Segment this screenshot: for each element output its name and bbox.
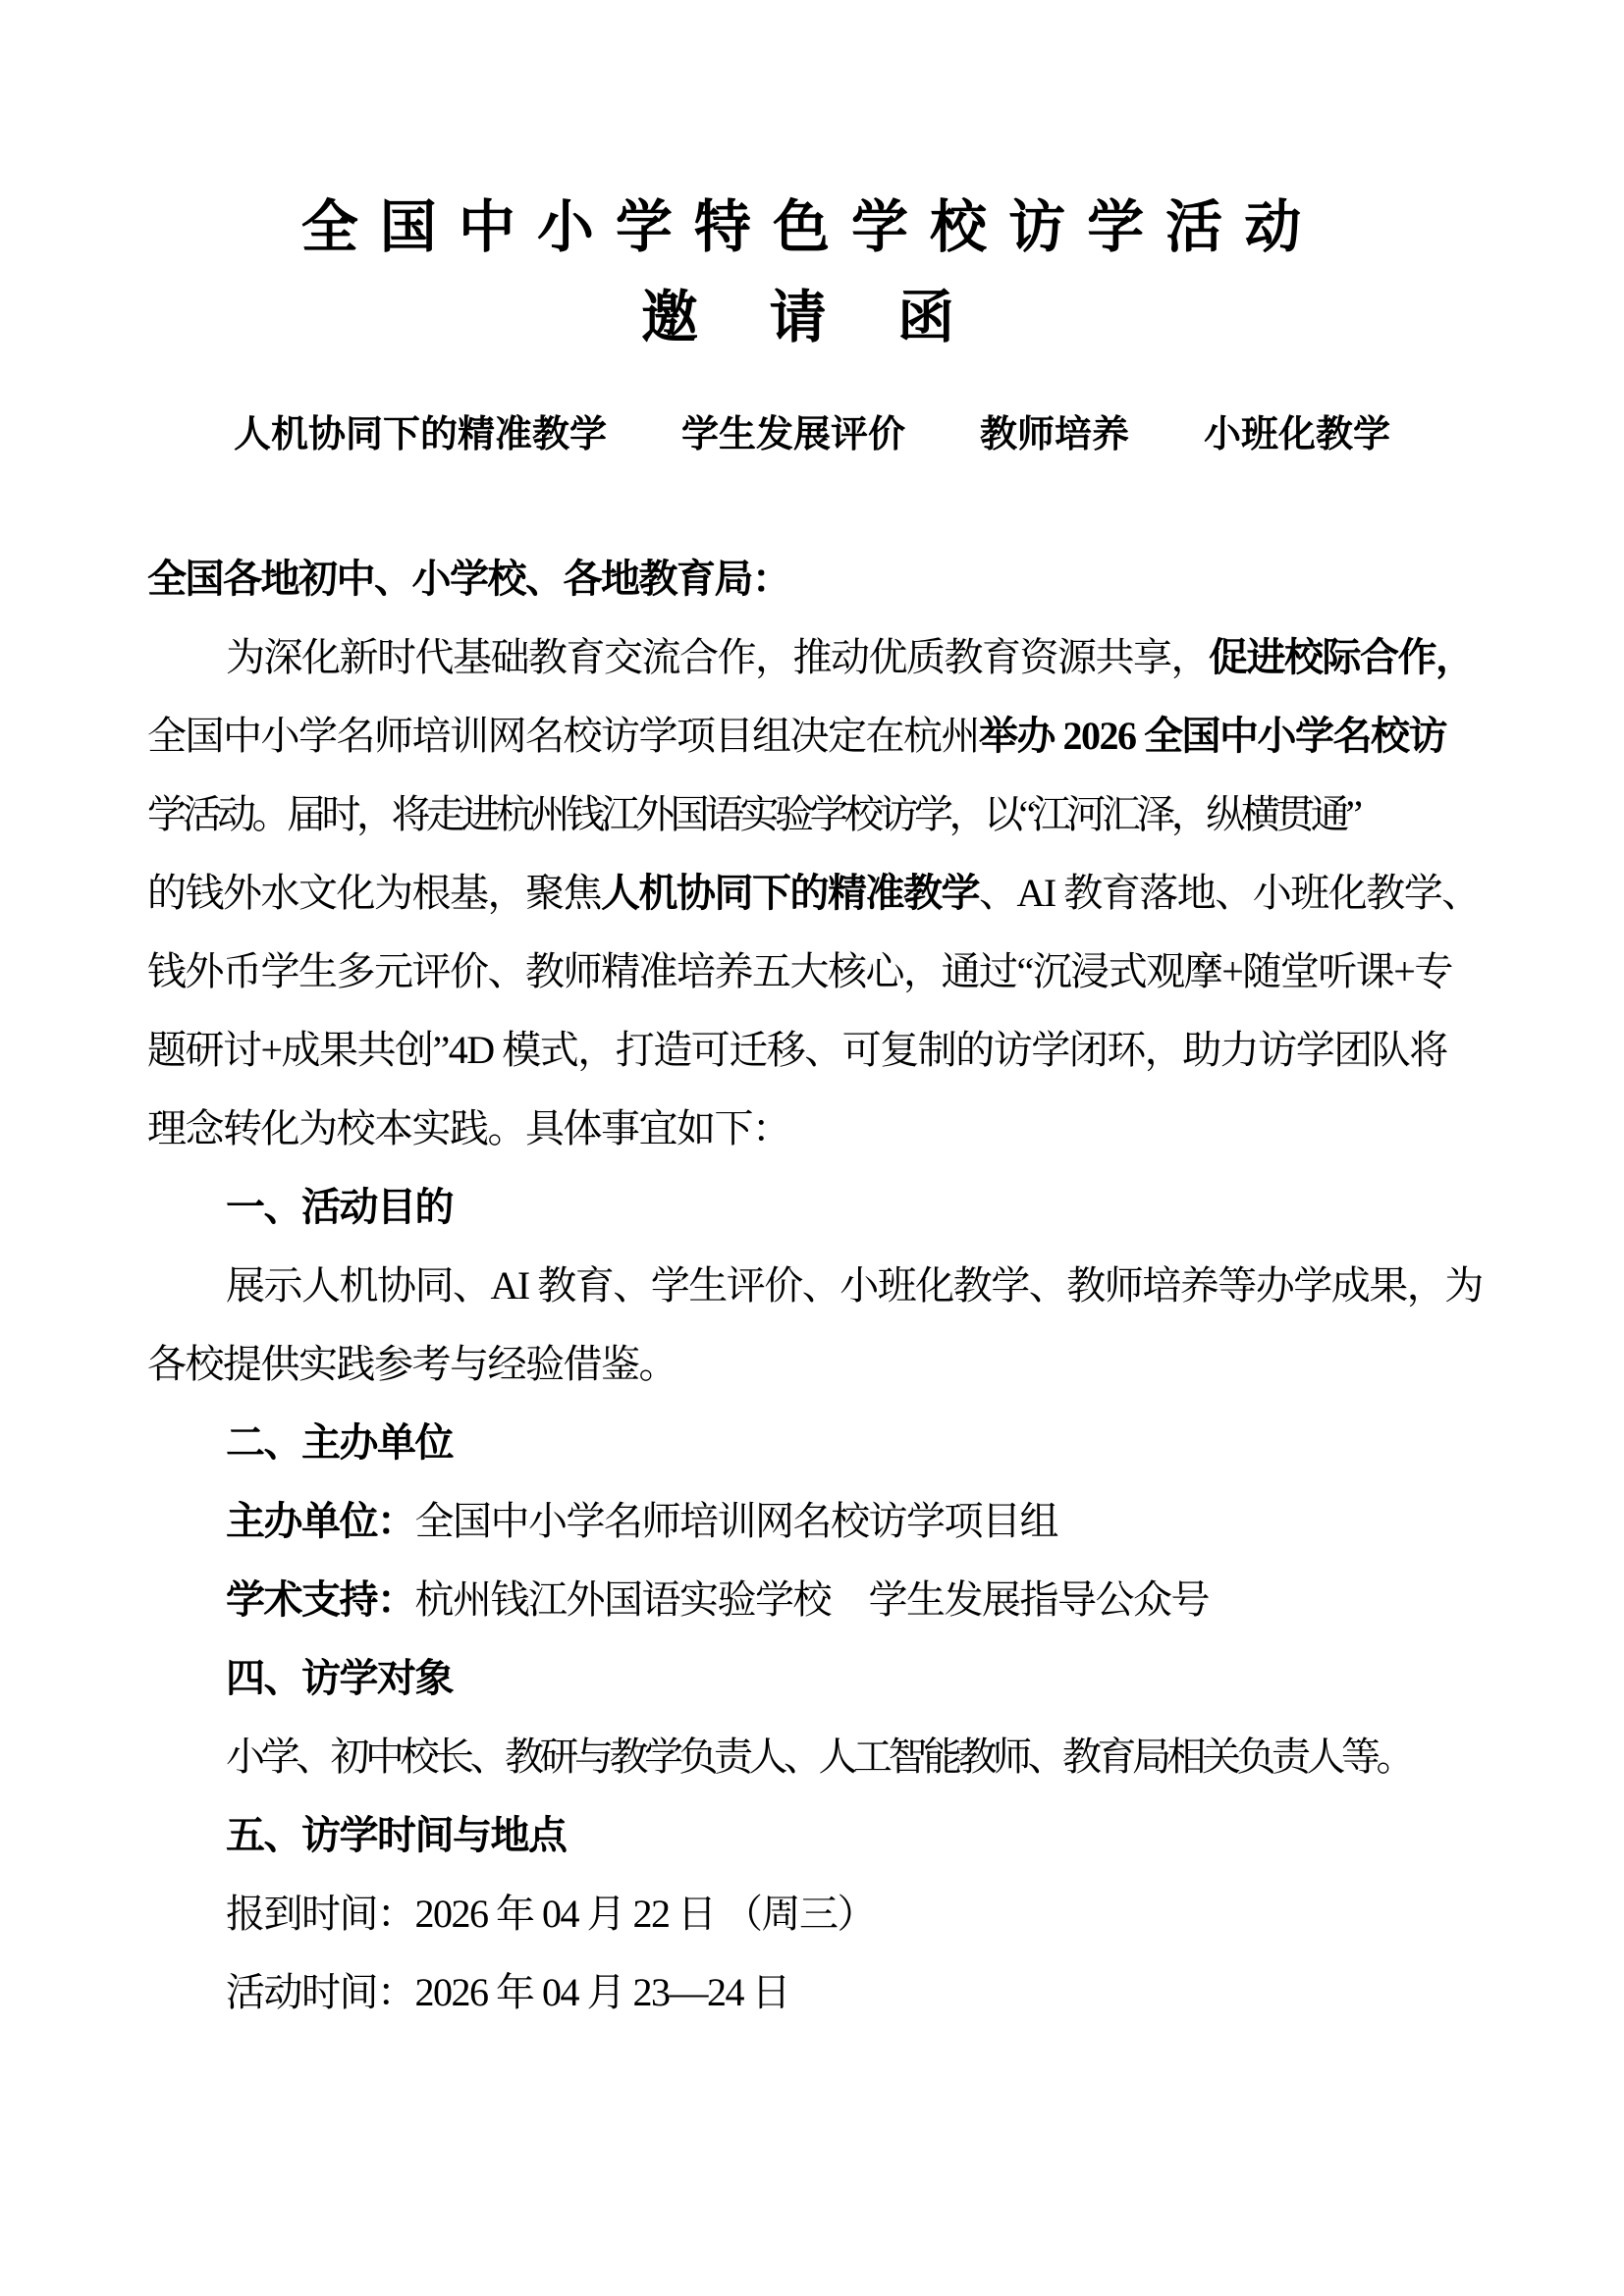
text-segment: 、AI 教育落地、小班化教学、 [979,871,1480,915]
text-segment: 钱外币学生多元评价、教师精准培养五大核心，通过“沉浸式观摩+随堂听课+专 [147,949,1452,993]
text-segment: 展示人机协同、AI 教育、学生评价、小班化教学、教师培养等办学成果，为 [226,1263,1483,1308]
body-line: 主办单位：全国中小学名师培训网名校访学项目组 [147,1482,1477,1561]
body-line: 全国各地初中、小学校、各地教育局： [147,540,1477,618]
text-segment: 小学、初中校长、教研与教学负责人、人工智能教师、教育局相关负责人等。 [226,1735,1411,1779]
body-line: 理念转化为校本实践。具体事宜如下： [147,1090,1477,1168]
keyword: 小班化教学 [1204,410,1390,459]
text-segment: 促进校际合作， [1209,635,1474,679]
body-line: 四、访学对象 [147,1639,1477,1718]
text-segment: 五、访学时间与地点 [226,1813,567,1857]
text-segment: 人机协同下的精准教学 [601,871,979,915]
body-line: 为深化新时代基础教育交流合作，推动优质教育资源共享，促进校际合作， [147,618,1477,697]
body-line: 全国中小学名师培训网名校访学项目组决定在杭州举办 2026 全国中小学名校访 [147,697,1477,775]
text-segment: 学活动。届时，将走进杭州钱江外国语实验学校访学，以“江河汇泽，纵横贯通” [147,792,1359,836]
body-line: 五、访学时间与地点 [147,1796,1477,1875]
text-segment: 杭州钱江外国语实验学校 学生发展指导公众号 [415,1577,1210,1622]
body-line: 的钱外水文化为根基，聚焦人机协同下的精准教学、AI 教育落地、小班化教学、 [147,854,1477,933]
body-line: 活动时间：2026 年 04 月 23—24 日 [147,1953,1477,2032]
document-title: 全国中小学特色学校访学活动 [147,0,1477,265]
body-line: 报到时间：2026 年 04 月 22 日 （周三） [147,1875,1477,1953]
document-body: 全国各地初中、小学校、各地教育局：为深化新时代基础教育交流合作，推动优质教育资源… [147,540,1477,2032]
body-line: 二、主办单位 [147,1404,1477,1482]
text-segment: 各校提供实践参考与经验借鉴。 [147,1342,677,1386]
text-segment: 理念转化为校本实践。具体事宜如下： [147,1106,790,1150]
body-line: 学活动。届时，将走进杭州钱江外国语实验学校访学，以“江河汇泽，纵横贯通” [147,775,1477,854]
body-line: 钱外币学生多元评价、教师精准培养五大核心，通过“沉浸式观摩+随堂听课+专 [147,933,1477,1011]
text-segment: 题研讨+成果共创”4D 模式，打造可迁移、可复制的访学闭环，助力访学团队将 [147,1028,1447,1072]
document-title-invitation: 邀 请 函 [147,281,1477,355]
text-segment: 一、活动目的 [226,1185,453,1229]
text-segment: 为深化新时代基础教育交流合作，推动优质教育资源共享， [226,635,1209,679]
text-segment: 全国中小学名师培训网名校访学项目组 [415,1499,1058,1543]
text-segment: 全国中小学名师培训网名校访学项目组决定在杭州 [147,714,979,758]
text-segment: 举办 2026 全国中小学名校访 [979,714,1446,758]
text-segment: 主办单位： [226,1499,415,1543]
keyword: 教师培养 [980,410,1129,459]
keyword-strip: 人机协同下的精准教学学生发展评价教师培养小班化教学 [147,410,1477,459]
text-segment: 的钱外水文化为根基，聚焦 [147,871,601,915]
text-segment: 学术支持： [226,1577,415,1622]
body-line: 小学、初中校长、教研与教学负责人、人工智能教师、教育局相关负责人等。 [147,1718,1477,1796]
body-line: 题研讨+成果共创”4D 模式，打造可迁移、可复制的访学闭环，助力访学团队将 [147,1011,1477,1090]
text-segment: 四、访学对象 [226,1656,453,1700]
body-line: 各校提供实践参考与经验借鉴。 [147,1325,1477,1404]
body-line: 展示人机协同、AI 教育、学生评价、小班化教学、教师培养等办学成果，为 [147,1247,1477,1325]
text-segment: 二、主办单位 [226,1420,453,1465]
text-segment: 全国各地初中、小学校、各地教育局： [147,557,790,601]
body-line: 学术支持：杭州钱江外国语实验学校 学生发展指导公众号 [147,1561,1477,1639]
keyword: 人机协同下的精准教学 [234,410,607,459]
body-line: 一、活动目的 [147,1168,1477,1247]
keyword: 学生发展评价 [681,410,905,459]
document-page: 全国中小学特色学校访学活动 邀 请 函 人机协同下的精准教学学生发展评价教师培养… [0,0,1624,2296]
text-segment: 活动时间：2026 年 04 月 23—24 日 [226,1970,789,2014]
text-segment: 报到时间：2026 年 04 月 22 日 （周三） [226,1892,875,1936]
